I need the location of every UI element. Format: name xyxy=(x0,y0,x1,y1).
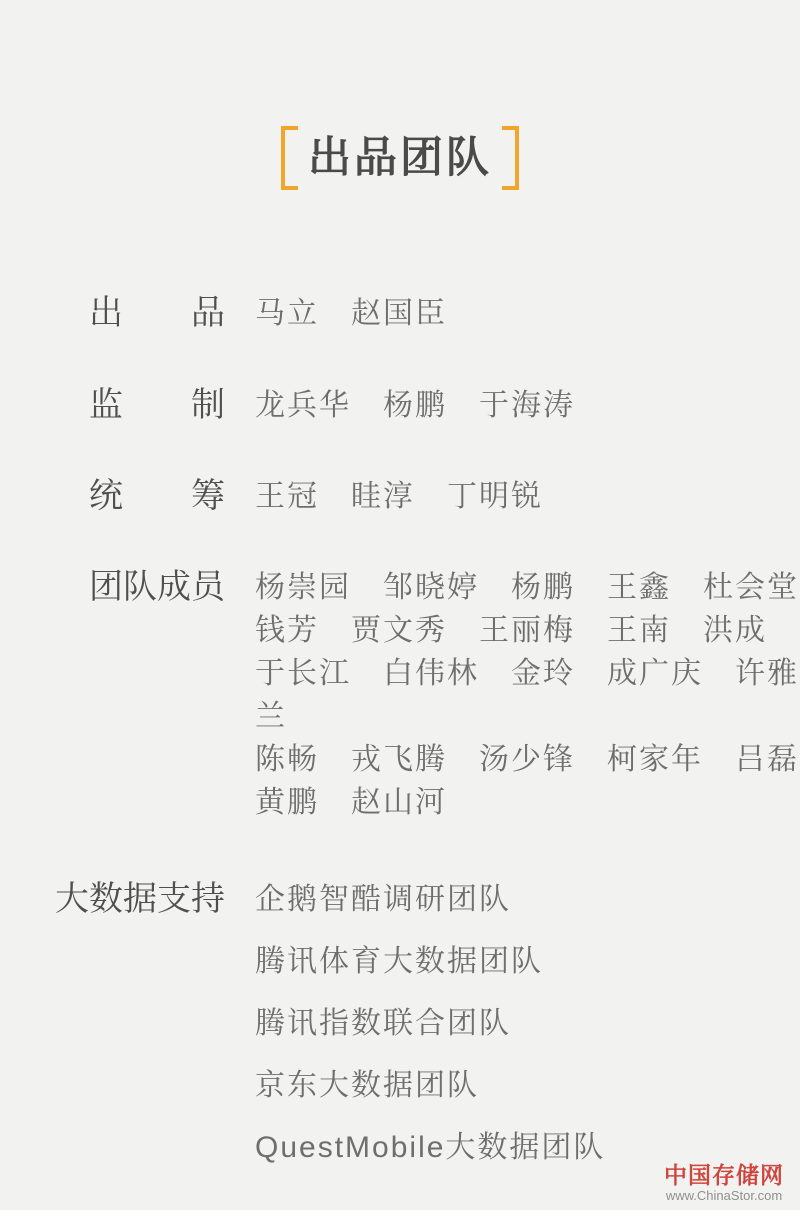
credit-role-label: 统 筹 xyxy=(53,475,225,518)
member-names-line: 陈畅 戎飞腾 汤少锋 柯家年 吕磊 xyxy=(255,738,800,781)
credit-names: 王冠 眭淳 丁明锐 xyxy=(255,475,543,518)
watermark-site-url: www.ChinaStor.com xyxy=(664,1188,784,1204)
support-team-item: 腾讯体育大数据团队 xyxy=(255,940,605,983)
member-names-block: 杨崇园 邹晓婷 杨鹏 王鑫 杜会堂 钱芳 贾文秀 王丽梅 王南 洪成 于长江 白… xyxy=(255,566,800,824)
credit-row-coordinator: 统 筹 王冠 眭淳 丁明锐 xyxy=(0,475,800,518)
watermark: 中国存储网 www.ChinaStor.com xyxy=(664,1162,784,1204)
support-team-item: 企鹅智酷调研团队 xyxy=(255,878,605,921)
credit-row-members: 团队成员 杨崇园 邹晓婷 杨鹏 王鑫 杜会堂 钱芳 贾文秀 王丽梅 王南 洪成 … xyxy=(0,566,800,824)
credit-role-label: 监 制 xyxy=(53,384,225,427)
support-team-item: 腾讯指数联合团队 xyxy=(255,1002,605,1045)
credit-role-label: 出 品 xyxy=(53,292,225,335)
support-team-item: 京东大数据团队 xyxy=(255,1064,605,1107)
watermark-site-name: 中国存储网 xyxy=(664,1162,784,1188)
credit-names: 马立 赵国臣 xyxy=(255,292,447,335)
member-names-line: 于长江 白伟林 金玲 成广庆 许雅兰 xyxy=(255,652,800,738)
credit-names: 龙兵华 杨鹏 于海涛 xyxy=(255,384,575,427)
title-bracket-right-icon xyxy=(502,126,519,190)
title-bracket-left-icon xyxy=(281,126,298,190)
support-teams-list: 企鹅智酷调研团队 腾讯体育大数据团队 腾讯指数联合团队 京东大数据团队 Ques… xyxy=(255,878,605,1169)
credit-row-producer: 出 品 马立 赵国臣 xyxy=(0,292,800,335)
credit-role-label: 团队成员 xyxy=(53,566,225,609)
page-title-row: 出品团队 xyxy=(0,0,800,190)
support-team-item: QuestMobile大数据团队 xyxy=(255,1126,605,1169)
credit-row-supervisor: 监 制 龙兵华 杨鹏 于海涛 xyxy=(0,384,800,427)
member-names-line: 钱芳 贾文秀 王丽梅 王南 洪成 xyxy=(255,609,800,652)
credits-page: 出品团队 出 品 马立 赵国臣 监 制 龙兵华 杨鹏 于海涛 统 筹 王冠 眭淳… xyxy=(0,0,800,1210)
member-names-line: 杨崇园 邹晓婷 杨鹏 王鑫 杜会堂 xyxy=(255,566,800,609)
credit-row-data-support: 大数据支持 企鹅智酷调研团队 腾讯体育大数据团队 腾讯指数联合团队 京东大数据团… xyxy=(0,878,800,1169)
member-names-line: 黄鹏 赵山河 xyxy=(255,781,800,824)
page-title: 出品团队 xyxy=(308,128,492,188)
credit-role-label: 大数据支持 xyxy=(53,878,225,921)
